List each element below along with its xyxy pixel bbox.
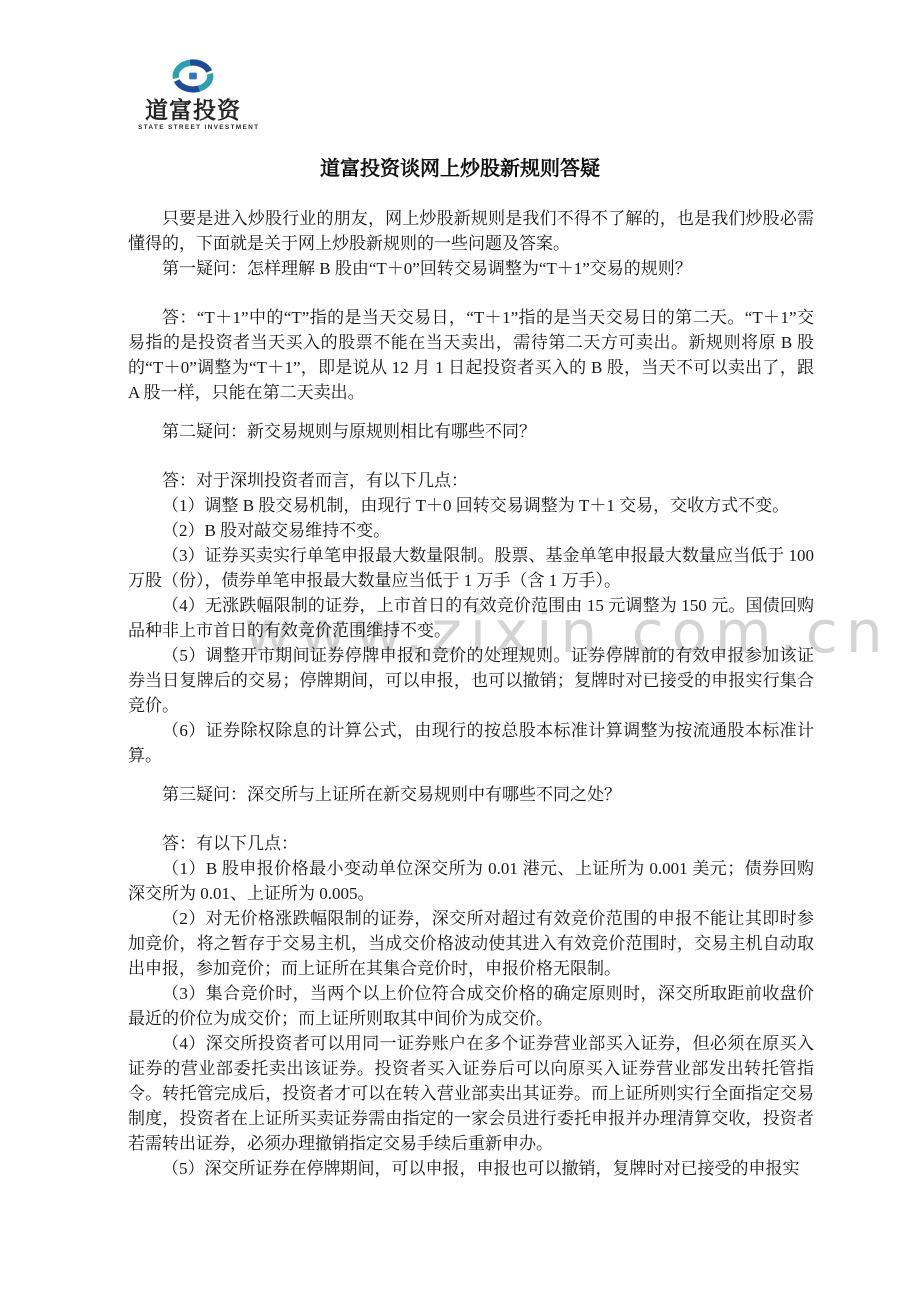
logo-name-en: STATE STREET INVESTMENT — [138, 124, 248, 131]
document-body: 道富投资谈网上炒股新规则答疑 只要是进入炒股行业的朋友，网上炒股新规则是我们不得… — [0, 0, 920, 1181]
intro-paragraph: 只要是进入炒股行业的朋友，网上炒股新规则是我们不得不了解的，也是我们炒股必需懂得… — [128, 206, 814, 256]
answer-2-intro: 答：对于深圳投资者而言，有以下几点： — [128, 468, 814, 493]
question-1: 第一疑问：怎样理解 B 股由“T＋0”回转交易调整为“T＋1”交易的规则？ — [128, 256, 814, 281]
answer-3-item-4: （4）深交所投资者可以用同一证券账户在多个证券营业部买入证券，但必须在原买入证券… — [128, 1031, 814, 1156]
answer-2-item-2: （2）B 股对敲交易维持不变。 — [128, 518, 814, 543]
answer-2-item-5: （5）调整开市期间证券停牌申报和竞价的处理规则。证券停牌前的有效申报参加该证券当… — [128, 643, 814, 718]
answer-3-intro: 答：有以下几点： — [128, 831, 814, 856]
page-title: 道富投资谈网上炒股新规则答疑 — [0, 155, 920, 183]
company-logo: 道富投资 STATE STREET INVESTMENT — [138, 56, 248, 131]
question-3: 第三疑问：深交所与上证所在新交易规则中有哪些不同之处？ — [128, 782, 814, 807]
answer-2-item-3: （3）证券买卖实行单笔申报最大数量限制。股票、基金单笔申报最大数量应当低于 10… — [128, 543, 814, 593]
answer-2-item-6: （6）证券除权除息的计算公式，由现行的按总股本标准计算调整为按流通股本标准计算。 — [128, 718, 814, 768]
question-2: 第二疑问：新交易规则与原规则相比有哪些不同？ — [128, 419, 814, 444]
answer-3-item-5: （5）深交所证券在停牌期间，可以申报，申报也可以撤销，复牌时对已接受的申报实 — [128, 1156, 814, 1181]
swirl-center-square — [189, 73, 197, 80]
answer-3-item-1: （1）B 股申报价格最小变动单位深交所为 0.01 港元、上证所为 0.001 … — [128, 856, 814, 906]
answer-2-item-4: （4）无涨跌幅限制的证券，上市首日的有效竞价范围由 15 元调整为 150 元。… — [128, 593, 814, 643]
answer-2-item-1: （1）调整 B 股交易机制，由现行 T＋0 回转交易调整为 T＋1 交易，交收方… — [128, 493, 814, 518]
swirl-globe-icon — [169, 56, 217, 96]
document-content: 只要是进入炒股行业的朋友，网上炒股新规则是我们不得不了解的，也是我们炒股必需懂得… — [128, 206, 814, 1181]
logo-name-cn: 道富投资 — [138, 98, 248, 122]
swirl-blade-left — [176, 63, 190, 79]
document-page: www.zixin.com.cn 道富投资 STATE STREET INVES… — [0, 0, 920, 1302]
answer-3-item-2: （2）对无价格涨跌幅限制的证券，深交所对超过有效竞价范围的申报不能让其即时参加竞… — [128, 906, 814, 981]
answer-1: 答：“T＋1”中的“T”指的是当天交易日，“T＋1”指的是当天交易日的第二天。“… — [128, 305, 814, 405]
answer-3-item-3: （3）集合竞价时，当两个以上价位符合成交价格的确定原则时，深交所取距前收盘价最近… — [128, 981, 814, 1031]
swirl-blade-top — [190, 63, 209, 72]
swirl-blade-bottom — [177, 81, 199, 90]
